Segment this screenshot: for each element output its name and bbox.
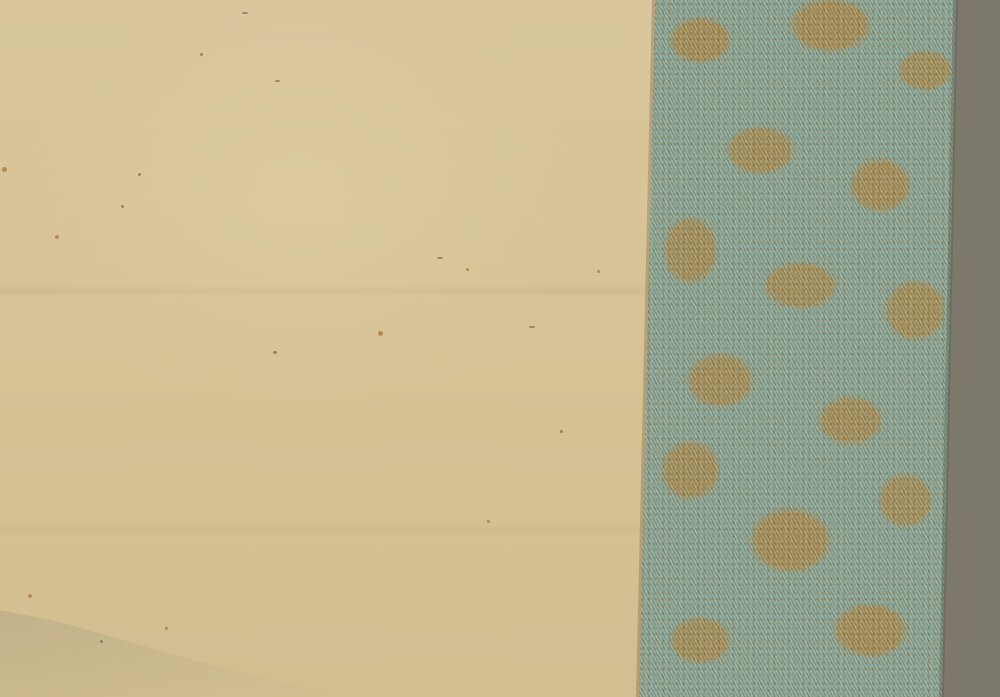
- foxing-speck: [2, 167, 7, 172]
- foxing-speck: [560, 430, 563, 433]
- roll-crease-lower: [0, 525, 650, 535]
- foxing-speck: [487, 520, 490, 523]
- foxing-speck: [597, 270, 600, 273]
- foxing-speck: [273, 351, 277, 354]
- roll-crease: [0, 284, 650, 298]
- foxing-speck: [529, 326, 535, 328]
- foxing-speck: [138, 173, 141, 176]
- foxing-speck: [165, 627, 168, 630]
- scroll-closeup: [0, 0, 1000, 697]
- foxing-speck: [55, 235, 59, 239]
- foxing-speck: [100, 640, 103, 643]
- foxing-speck: [28, 594, 32, 598]
- foxing-speck: [121, 205, 124, 208]
- foxing-speck: [437, 257, 443, 259]
- foxing-speck: [378, 331, 383, 336]
- foxing-speck: [200, 53, 203, 56]
- foxing-speck: [242, 12, 248, 14]
- foxing-speck: [466, 268, 469, 271]
- foxing-speck: [275, 80, 280, 82]
